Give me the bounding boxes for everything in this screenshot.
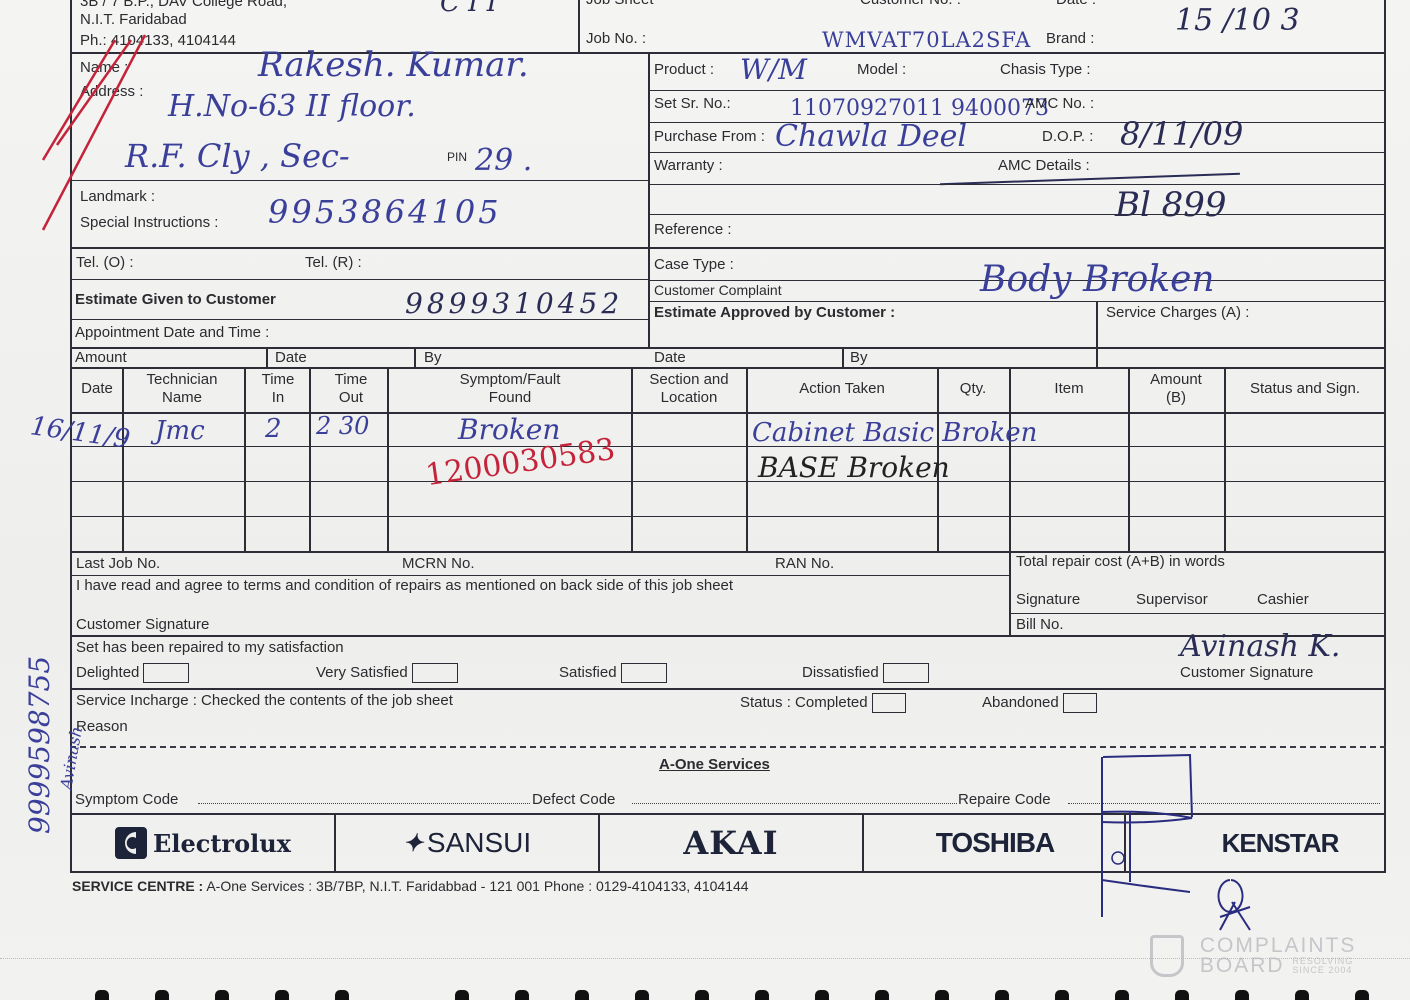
cashier-label: Cashier bbox=[1257, 592, 1309, 607]
col-header-status: Status and Sign. bbox=[1226, 380, 1384, 398]
table-row2-line bbox=[70, 481, 1386, 482]
product-bottom-line bbox=[648, 90, 1386, 91]
row2-action: BASE Broken bbox=[758, 454, 950, 482]
status-completed-label: Status : Completed bbox=[740, 694, 868, 711]
binding-hole bbox=[95, 990, 109, 1000]
very-satisfied-checkbox[interactable] bbox=[412, 663, 458, 683]
dop-label: D.O.P. : bbox=[1042, 129, 1093, 144]
product-label: Product : bbox=[654, 62, 714, 77]
bill-no-label: Bill No. bbox=[1016, 617, 1064, 632]
estimate-top-line bbox=[70, 279, 648, 280]
product-value: W/M bbox=[740, 56, 807, 84]
col-header-section: Section and Location bbox=[638, 371, 740, 407]
amount-label: Amount bbox=[75, 350, 127, 365]
satisfied-option[interactable]: Satisfied bbox=[559, 663, 667, 683]
col-header-qty: Qty. bbox=[939, 380, 1007, 398]
handwritten-date: 15 /10 3 bbox=[1175, 6, 1300, 36]
purchase-from-value: Chawla Deel bbox=[775, 122, 967, 152]
margin-phone-note: 9999598755 bbox=[26, 574, 54, 834]
binding-hole bbox=[455, 990, 469, 1000]
dissatisfied-checkbox[interactable] bbox=[883, 663, 929, 683]
binding-hole bbox=[875, 990, 889, 1000]
model-label: Model : bbox=[857, 62, 906, 77]
binding-hole bbox=[815, 990, 829, 1000]
address-bottom-line bbox=[70, 180, 648, 181]
service-centre-label: SERVICE CENTRE : bbox=[72, 878, 203, 894]
binding-hole bbox=[695, 990, 709, 1000]
toshiba-label: TOSHIBA bbox=[936, 827, 1055, 859]
red-pen-mark bbox=[35, 30, 155, 245]
amount-date-label: Date bbox=[275, 350, 307, 365]
col-header-item: Item bbox=[1011, 380, 1127, 398]
symptom-code-label: Symptom Code bbox=[75, 792, 178, 807]
satisfied-label: Satisfied bbox=[559, 664, 617, 681]
col-divider-5 bbox=[631, 367, 633, 551]
purchase-bottom-line bbox=[648, 152, 1386, 153]
sheet-title: Job Sheet bbox=[586, 0, 654, 7]
margin-name-note: Avinash bbox=[58, 725, 85, 790]
customer-complaint-value: Body Broken bbox=[980, 262, 1215, 298]
electrolux-label: Electrolux bbox=[153, 829, 291, 858]
right-border bbox=[1384, 0, 1386, 872]
binding-hole bbox=[1235, 990, 1249, 1000]
binding-hole bbox=[1175, 990, 1189, 1000]
row1-time-in: 2 bbox=[265, 416, 282, 442]
date-label: Date : bbox=[1056, 0, 1096, 7]
col-divider-4 bbox=[387, 367, 389, 551]
defect-code-field[interactable] bbox=[632, 803, 957, 804]
job-no-label: Job No. : bbox=[586, 31, 646, 46]
service-incharge-text: Service Incharge : Checked the contents … bbox=[76, 693, 453, 708]
customer-signature-value: Avinash K. bbox=[1180, 632, 1340, 662]
terms-text: I have read and agree to terms and condi… bbox=[76, 578, 733, 593]
col-header-date: Date bbox=[72, 380, 122, 398]
tear-line bbox=[70, 746, 1386, 748]
bill-value: Bl 899 bbox=[1115, 188, 1227, 222]
set-sr-value: 11070927011 9400073 bbox=[790, 98, 1049, 120]
sansui-logo-icon: ✦ bbox=[403, 829, 423, 858]
reference-top-line bbox=[648, 214, 1386, 215]
binding-hole bbox=[1295, 990, 1309, 1000]
status-completed-option[interactable]: Status : Completed bbox=[740, 693, 906, 713]
brand-label: Brand : bbox=[1046, 31, 1094, 46]
estimate-value: 9899310452 bbox=[405, 290, 623, 318]
brand-akai: AKAI bbox=[600, 816, 862, 870]
binding-hole bbox=[515, 990, 529, 1000]
special-instructions-value: 9953864105 bbox=[268, 196, 502, 228]
pen-sketch bbox=[1100, 752, 1260, 937]
row1-time-out: 2 30 bbox=[316, 414, 369, 438]
tel-r-label: Tel. (R) : bbox=[305, 255, 362, 270]
binding-hole bbox=[995, 990, 1009, 1000]
approved-date-by-divider bbox=[842, 347, 844, 367]
set-sr-label: Set Sr. No.: bbox=[654, 96, 731, 111]
customer-signature-label-2: Customer Signature bbox=[1180, 665, 1313, 680]
signature-label: Signature bbox=[1016, 592, 1080, 607]
company-title: A-One Services bbox=[659, 757, 770, 772]
appointment-label: Appointment Date and Time : bbox=[75, 325, 269, 340]
service-charges-divider bbox=[1096, 301, 1098, 348]
reference-label: Reference : bbox=[654, 222, 732, 237]
amount-date-divider bbox=[266, 347, 268, 367]
setsr-bottom-line bbox=[648, 122, 1386, 123]
supervisor-label: Supervisor bbox=[1136, 592, 1208, 607]
binding-hole bbox=[935, 990, 949, 1000]
col-divider-1 bbox=[122, 367, 124, 551]
customer-no-label: Customer No. : bbox=[860, 0, 961, 7]
binding-hole bbox=[1115, 990, 1129, 1000]
row1-technician: Jmc bbox=[155, 418, 205, 444]
row1-symptom: Broken bbox=[458, 416, 560, 444]
service-charges-label: Service Charges (A) : bbox=[1106, 305, 1249, 320]
appointment-top-line bbox=[70, 319, 648, 320]
tel-o-label: Tel. (O) : bbox=[76, 255, 134, 270]
warranty-bottom-line bbox=[648, 184, 1386, 185]
case-type-label: Case Type : bbox=[654, 257, 734, 272]
service-centre: SERVICE CENTRE : A-One Services : 3B/7BP… bbox=[72, 879, 749, 893]
service-centre-text: A-One Services : 3B/7BP, N.I.T. Faridabb… bbox=[206, 878, 748, 894]
delighted-label: Delighted bbox=[76, 664, 139, 681]
shield-icon bbox=[1150, 935, 1184, 977]
symptom-code-field[interactable] bbox=[198, 803, 530, 804]
table-row3-line bbox=[70, 516, 1386, 517]
handwritten-top-mark: C I I bbox=[440, 0, 497, 16]
delighted-checkbox[interactable] bbox=[143, 663, 189, 683]
total-cost-label: Total repair cost (A+B) in words bbox=[1016, 554, 1225, 569]
abandoned-checkbox[interactable] bbox=[1063, 693, 1097, 713]
name-value: Rakesh. Kumar. bbox=[258, 48, 529, 82]
defect-code-label: Defect Code bbox=[532, 792, 615, 807]
col-divider-9 bbox=[1128, 367, 1130, 551]
status-completed-checkbox[interactable] bbox=[872, 693, 906, 713]
electrolux-logo-icon bbox=[115, 827, 147, 859]
satisfaction-bottom-line bbox=[70, 688, 1386, 690]
row1-date: 16/11/9 bbox=[29, 413, 132, 453]
perforation-line bbox=[0, 958, 1410, 959]
mcrn-label: MCRN No. bbox=[402, 556, 475, 571]
binding-hole bbox=[275, 990, 289, 1000]
approved-by-label: By bbox=[850, 350, 868, 365]
binding-hole bbox=[755, 990, 769, 1000]
col-header-amount: Amount (B) bbox=[1140, 371, 1212, 407]
amount-by-label: By bbox=[424, 350, 442, 365]
repair-code-label: Repaire Code bbox=[958, 792, 1051, 807]
satisfaction-text: Set has been repaired to my satisfaction bbox=[76, 640, 344, 655]
abandoned-option[interactable]: Abandoned bbox=[982, 693, 1097, 713]
col-header-action: Action Taken bbox=[748, 380, 936, 398]
job-sheet-scan: 3B / 7 B.P., DAV College Road, N.I.T. Fa… bbox=[0, 0, 1410, 1000]
brand-toshiba: TOSHIBA bbox=[864, 816, 1126, 870]
col-header-symptom: Symptom/Fault Found bbox=[440, 371, 580, 407]
abandoned-label: Abandoned bbox=[982, 694, 1059, 711]
complaint-bottom-line bbox=[648, 301, 1386, 302]
satisfied-checkbox[interactable] bbox=[621, 663, 667, 683]
estimate-label: Estimate Given to Customer bbox=[75, 292, 276, 307]
binding-hole bbox=[335, 990, 349, 1000]
binding-hole bbox=[215, 990, 229, 1000]
binding-hole bbox=[1055, 990, 1069, 1000]
table-row1-line bbox=[70, 446, 1386, 447]
col-header-time-in: Time In bbox=[254, 371, 302, 407]
complaints-board-watermark: COMPLAINTS BOARD RESOLVING SINCE 2004 bbox=[1150, 935, 1356, 977]
pin-value: 29 . bbox=[475, 146, 532, 176]
purchase-from-label: Purchase From : bbox=[654, 129, 765, 144]
customer-complaint-label: Customer Complaint bbox=[654, 283, 782, 297]
approved-date-label: Date bbox=[654, 350, 686, 365]
address-line2: N.I.T. Faridabad bbox=[80, 12, 187, 27]
estimate-approved-label: Estimate Approved by Customer : bbox=[654, 305, 895, 320]
amc-details-label: AMC Details : bbox=[998, 158, 1090, 173]
signature-bottom-line bbox=[1009, 613, 1386, 614]
dissatisfied-option[interactable]: Dissatisfied bbox=[802, 663, 929, 683]
binding-hole bbox=[1355, 990, 1369, 1000]
binding-hole bbox=[635, 990, 649, 1000]
very-satisfied-label: Very Satisfied bbox=[316, 664, 408, 681]
row1-action: Cabinet Basic Broken bbox=[752, 420, 1037, 446]
binding-hole bbox=[155, 990, 169, 1000]
table-header-top-line bbox=[70, 367, 1386, 369]
brand-sansui: ✦ SANSUI bbox=[336, 816, 598, 870]
address-line1-value: H.No-63 II floor. bbox=[168, 92, 416, 122]
watermark-line1: COMPLAINTS bbox=[1200, 936, 1357, 956]
last-job-bottom-line bbox=[70, 575, 1010, 576]
header-divider bbox=[578, 0, 580, 52]
dissatisfied-label: Dissatisfied bbox=[802, 664, 879, 681]
ran-label: RAN No. bbox=[775, 556, 834, 571]
approved-by-end-divider bbox=[1096, 347, 1098, 367]
total-cost-divider bbox=[1009, 551, 1011, 635]
address-line1: 3B / 7 B.P., DAV College Road, bbox=[80, 0, 287, 9]
brand-electrolux: Electrolux bbox=[72, 816, 334, 870]
col-divider-3 bbox=[309, 367, 311, 551]
col-header-technician: Technician Name bbox=[140, 371, 224, 407]
akai-label: AKAI bbox=[683, 824, 778, 862]
warranty-label: Warranty : bbox=[654, 158, 723, 173]
binding-hole bbox=[575, 990, 589, 1000]
dop-value: 8/11/09 bbox=[1120, 118, 1243, 150]
delighted-option[interactable]: Delighted bbox=[76, 663, 189, 683]
amc-no-label: AMC No. : bbox=[1025, 96, 1094, 111]
job-no-value: WMVAT70LA2SFA bbox=[822, 30, 1031, 51]
sansui-label: SANSUI bbox=[427, 827, 531, 859]
col-header-time-out: Time Out bbox=[322, 371, 380, 407]
very-satisfied-option[interactable]: Very Satisfied bbox=[316, 663, 458, 683]
tel-top-line bbox=[70, 247, 1386, 249]
date-by-divider bbox=[414, 347, 416, 367]
pin-label: PIN bbox=[447, 150, 467, 164]
address-line2-value: R.F. Cly , Sec- bbox=[125, 140, 350, 172]
chasis-type-label: Chasis Type : bbox=[1000, 62, 1091, 77]
watermark-tag2: SINCE 2004 bbox=[1292, 965, 1352, 975]
customer-signature-label: Customer Signature bbox=[76, 617, 209, 632]
col-divider-2 bbox=[244, 367, 246, 551]
last-job-label: Last Job No. bbox=[76, 556, 160, 571]
customer-product-divider bbox=[648, 52, 650, 348]
